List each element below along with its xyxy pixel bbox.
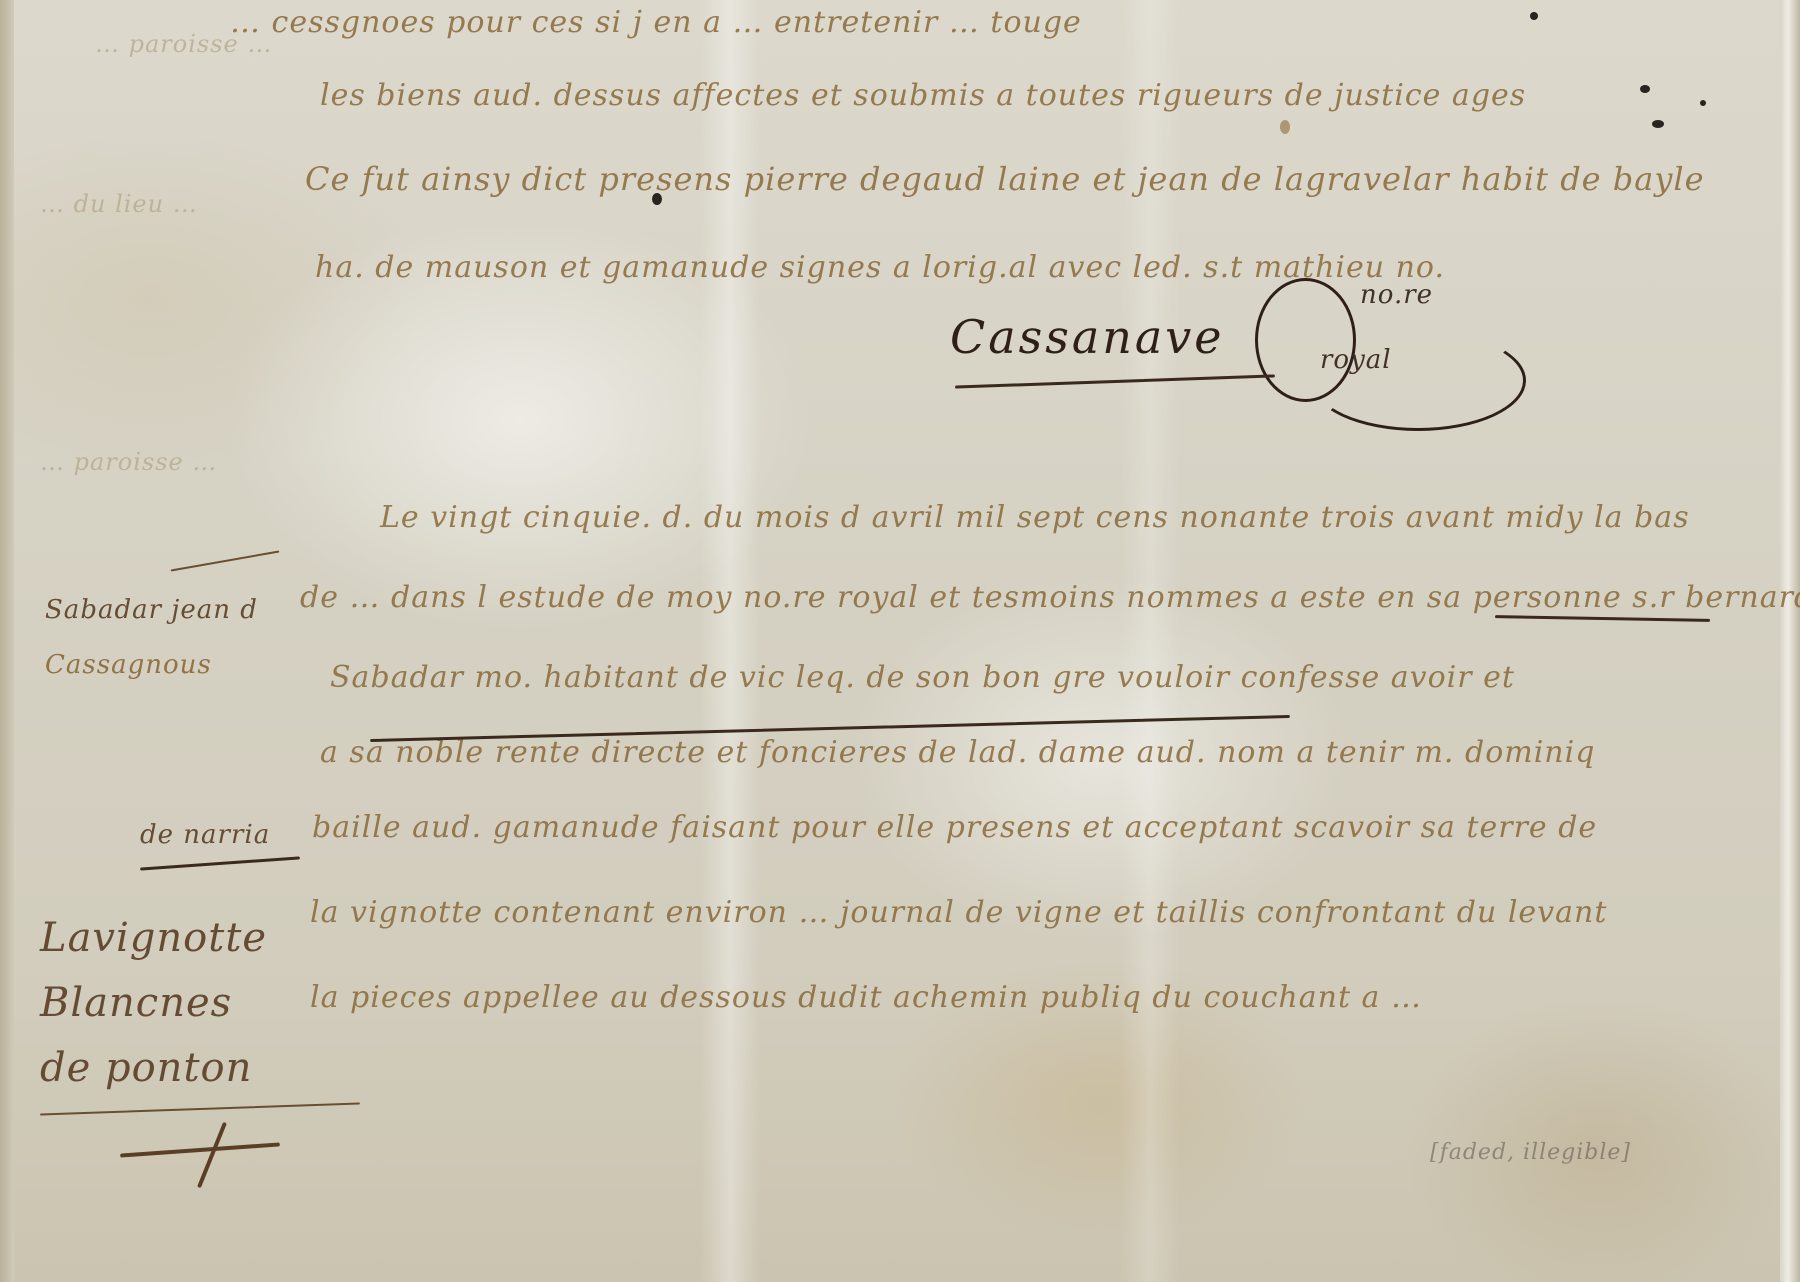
ink-stain xyxy=(1530,12,1538,20)
text-line-11: la pieces appellee au dessous dudit ache… xyxy=(310,980,1422,1015)
parchment-edge-left xyxy=(0,0,14,1282)
text-line-6: de … dans l estude de moy no.re royal et… xyxy=(300,580,1800,615)
margin-note: de narria xyxy=(140,820,270,850)
text-line-4: ha. de mauson et gamanude signes a lorig… xyxy=(315,250,1445,285)
text-line-5: Le vingt cinquie. d. du mois d avril mil… xyxy=(380,500,1690,535)
faded-note: [faded, illegible] xyxy=(1430,1140,1631,1165)
margin-signature: de ponton xyxy=(40,1045,252,1091)
ink-stain xyxy=(1640,85,1650,93)
text-line-2: les biens aud. dessus affectes et soubmi… xyxy=(320,78,1526,113)
ink-stain xyxy=(1700,100,1706,106)
text-line-7: Sabadar mo. habitant de vic leq. de son … xyxy=(330,660,1515,695)
faint-margin-line: … paroisse … xyxy=(40,448,217,476)
notary-title-1: no.re xyxy=(1360,280,1433,310)
text-line-3: Ce fut ainsy dict presens pierre degaud … xyxy=(305,160,1705,198)
cross-mark-icon xyxy=(120,1120,300,1190)
ink-stain xyxy=(1280,120,1290,134)
text-line-10: la vignotte contenant environ … journal … xyxy=(310,895,1607,930)
parchment-edge-right xyxy=(1780,0,1800,1282)
signature-flourish xyxy=(1310,330,1526,431)
notary-signature: Cassanave xyxy=(950,310,1225,364)
faint-margin-line: … du lieu … xyxy=(40,190,198,218)
margin-note: Sabadar jean d xyxy=(45,595,258,625)
margin-signature: Lavignotte xyxy=(40,915,267,961)
margin-note: Cassagnous xyxy=(45,650,212,680)
ink-stain xyxy=(1652,120,1664,128)
text-line-1: … cessgnoes pour ces si j en a … entrete… xyxy=(230,5,1082,40)
text-line-8: a sa noble rente directe et foncieres de… xyxy=(320,735,1595,770)
margin-signature: Blancnes xyxy=(40,980,232,1026)
text-line-9: baille aud. gamanude faisant pour elle p… xyxy=(312,810,1597,845)
